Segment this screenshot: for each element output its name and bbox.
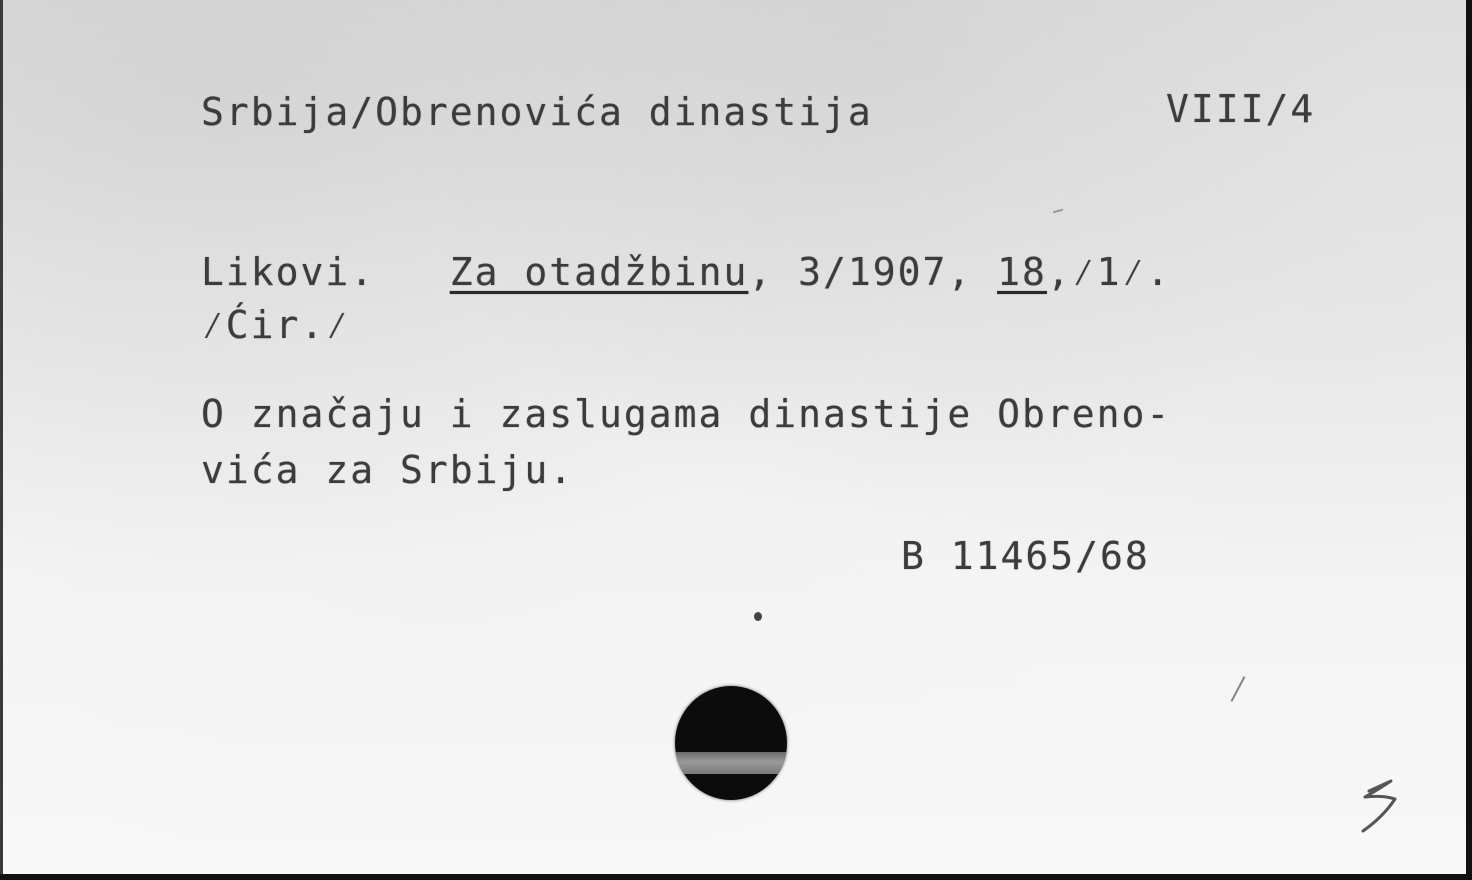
- stray-mark: [1053, 209, 1063, 214]
- catalog-card: Srbija/Obrenovića dinastija VIII/4 Likov…: [0, 0, 1466, 874]
- handwritten-number-icon: [1359, 775, 1409, 840]
- subject-heading: Srbija/Obrenovića dinastija: [201, 93, 873, 131]
- ink-speck: [754, 612, 762, 621]
- entry-page-separator: ,: [1047, 250, 1072, 294]
- stray-pencil-mark: [1231, 676, 1246, 702]
- entry-issue: , 3/1907,: [748, 250, 997, 294]
- punch-hole-icon: [675, 686, 787, 800]
- bibliographic-entry: Likovi. Za otadžbinu, 3/1907, 18,⁄1⁄.: [201, 253, 1171, 291]
- entry-count: ⁄1⁄.: [1072, 250, 1171, 294]
- classification-code: VIII/4: [1166, 90, 1315, 128]
- annotation-line-1: O značaju i zaslugama dinastije Obreno-: [201, 395, 1171, 433]
- card-rod: [675, 752, 787, 774]
- entry-title: Za otadžbinu: [450, 250, 749, 294]
- annotation-line-2: vića za Srbiju.: [201, 451, 574, 489]
- call-number: B 11465/68: [901, 537, 1150, 575]
- script-note: ⁄Ćir.⁄: [201, 306, 350, 344]
- entry-author: Likovi.: [201, 250, 375, 294]
- scan-border-right: [1466, 0, 1472, 880]
- scan-border-bottom: [0, 874, 1472, 880]
- entry-page: 18: [997, 250, 1047, 294]
